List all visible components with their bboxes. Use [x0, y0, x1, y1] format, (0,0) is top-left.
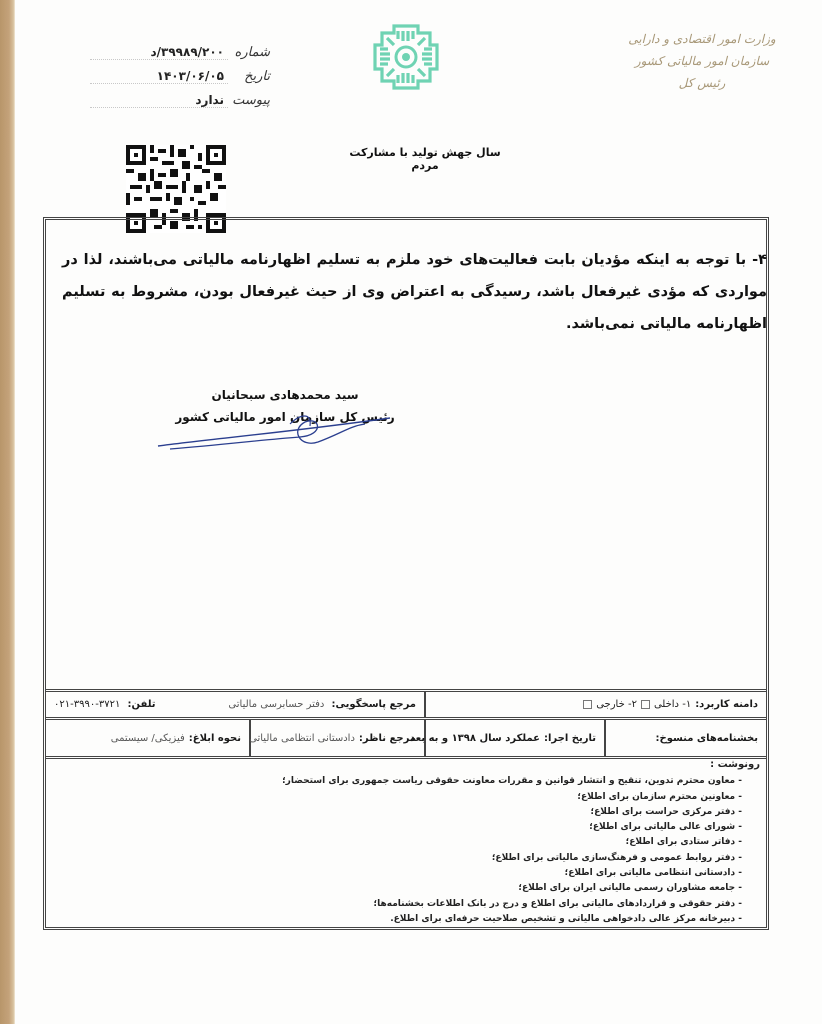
ministry-line: وزارت امور اقتصادی و دارایی	[617, 28, 787, 50]
cc-item: - دادستانی انتظامی مالیاتی برای اطلاع؛	[60, 866, 760, 881]
notice-method-cell: نحوه ابلاغ: فیزیکی/ سیستمی	[46, 720, 249, 756]
supervisor-cell: مرجع ناظر: دادستانی انتظامی مالیاتی	[249, 720, 424, 756]
letter-meta: شماره ۳۹۹۸۹/۲۰۰/د تاریخ ۱۴۰۳/۰۶/۰۵ پیوست…	[90, 36, 270, 108]
year-slogan: سال جهش تولید با مشارکت مردم	[340, 146, 510, 172]
office-line: رئیس کل	[617, 72, 787, 94]
table-row-scope: دامنه کاربرد: ۱- داخلی ۲- خارجی مرجع پاس…	[46, 692, 766, 720]
letter-date-row: تاریخ ۱۴۰۳/۰۶/۰۵	[90, 60, 270, 84]
cc-item: - معاونین محترم سازمان برای اطلاع؛	[60, 790, 760, 805]
letter-date-label: تاریخ	[228, 69, 270, 84]
attachment-row: پیوست ندارد	[90, 84, 270, 108]
cc-title: رونوشت :	[60, 757, 760, 772]
response-cell: مرجع پاسخگویی: دفتر حسابرسی مالیاتی تلفن…	[46, 692, 424, 717]
external-checkbox[interactable]	[583, 700, 592, 709]
notice-label: نحوه ابلاغ:	[189, 733, 241, 744]
response-label: مرجع پاسخگویی:	[332, 699, 416, 710]
cc-list: رونوشت : - معاون محترم تدوین، تنقیح و ان…	[60, 757, 760, 927]
revoked-label: بخشنامه‌های منسوخ:	[656, 733, 759, 744]
revoked-cell: بخشنامه‌های منسوخ:	[604, 720, 766, 756]
letter-number-value: ۳۹۹۸۹/۲۰۰/د	[90, 45, 228, 60]
execution-value: عملکرد سال ۱۳۹۸ و به بعد	[410, 733, 540, 744]
attachment-label: پیوست	[228, 93, 270, 108]
response-value: دفتر حسابرسی مالیاتی	[228, 699, 324, 710]
letter-date-value: ۱۴۰۳/۰۶/۰۵	[90, 69, 228, 84]
cc-item: - دفتر روابط عمومی و فرهنگ‌سازی مالیاتی …	[60, 851, 760, 866]
directive-paragraph: ۴- با توجه به اینکه مؤدیان بابت فعالیت‌ه…	[62, 244, 767, 340]
metadata-table: دامنه کاربرد: ۱- داخلی ۲- خارجی مرجع پاس…	[46, 689, 766, 753]
cc-item: - دفتر حقوقی و قراردادهای مالیاتی برای ا…	[60, 897, 760, 912]
execution-date-cell: تاریخ اجرا: عملکرد سال ۱۳۹۸ و به بعد	[424, 720, 604, 756]
handwritten-signature-icon	[150, 404, 400, 454]
letter-number-row: شماره ۳۹۹۸۹/۲۰۰/د	[90, 36, 270, 60]
scope-option-internal: ۱- داخلی	[654, 699, 691, 710]
letter-number-label: شماره	[228, 45, 270, 60]
organization-line: سازمان امور مالیاتی کشور	[617, 50, 787, 72]
cc-item: - دفاتر ستادی برای اطلاع؛	[60, 835, 760, 850]
table-row-details: بخشنامه‌های منسوخ: تاریخ اجرا: عملکرد سا…	[46, 720, 766, 759]
attachment-value: ندارد	[90, 93, 228, 108]
notice-value: فیزیکی/ سیستمی	[111, 733, 185, 744]
tax-organization-logo-icon	[372, 23, 440, 91]
cc-item: - دبیرخانه مرکز عالی دادخواهی مالیاتی و …	[60, 912, 760, 927]
ministry-letterhead: وزارت امور اقتصادی و دارایی سازمان امور …	[617, 28, 787, 94]
cc-item: - شورای عالی مالیاتی برای اطلاع؛	[60, 820, 760, 835]
supervisor-value: دادستانی انتظامی مالیاتی	[249, 733, 355, 744]
scope-label: دامنه کاربرد:	[695, 699, 758, 710]
internal-checkbox[interactable]	[641, 700, 650, 709]
cc-item: - جامعه مشاوران رسمی مالیاتی ایران برای …	[60, 881, 760, 896]
cc-item: - دفتر مرکزی حراست برای اطلاع؛	[60, 805, 760, 820]
cc-item: - معاون محترم تدوین، تنقیح و انتشار قوان…	[60, 774, 760, 789]
signatory-name: سید محمدهادی سبحانیان	[175, 384, 395, 406]
desk-background	[0, 0, 15, 1024]
execution-label: تاریخ اجرا:	[544, 733, 596, 744]
phone-value: ۳۷۲۱-۳۹۹۰-۰۲۱	[54, 699, 120, 710]
phone-label: تلفن:	[128, 699, 156, 710]
scope-option-external: ۲- خارجی	[596, 699, 637, 710]
supervisor-label: مرجع ناظر:	[359, 733, 416, 744]
scope-cell: دامنه کاربرد: ۱- داخلی ۲- خارجی	[424, 692, 766, 717]
